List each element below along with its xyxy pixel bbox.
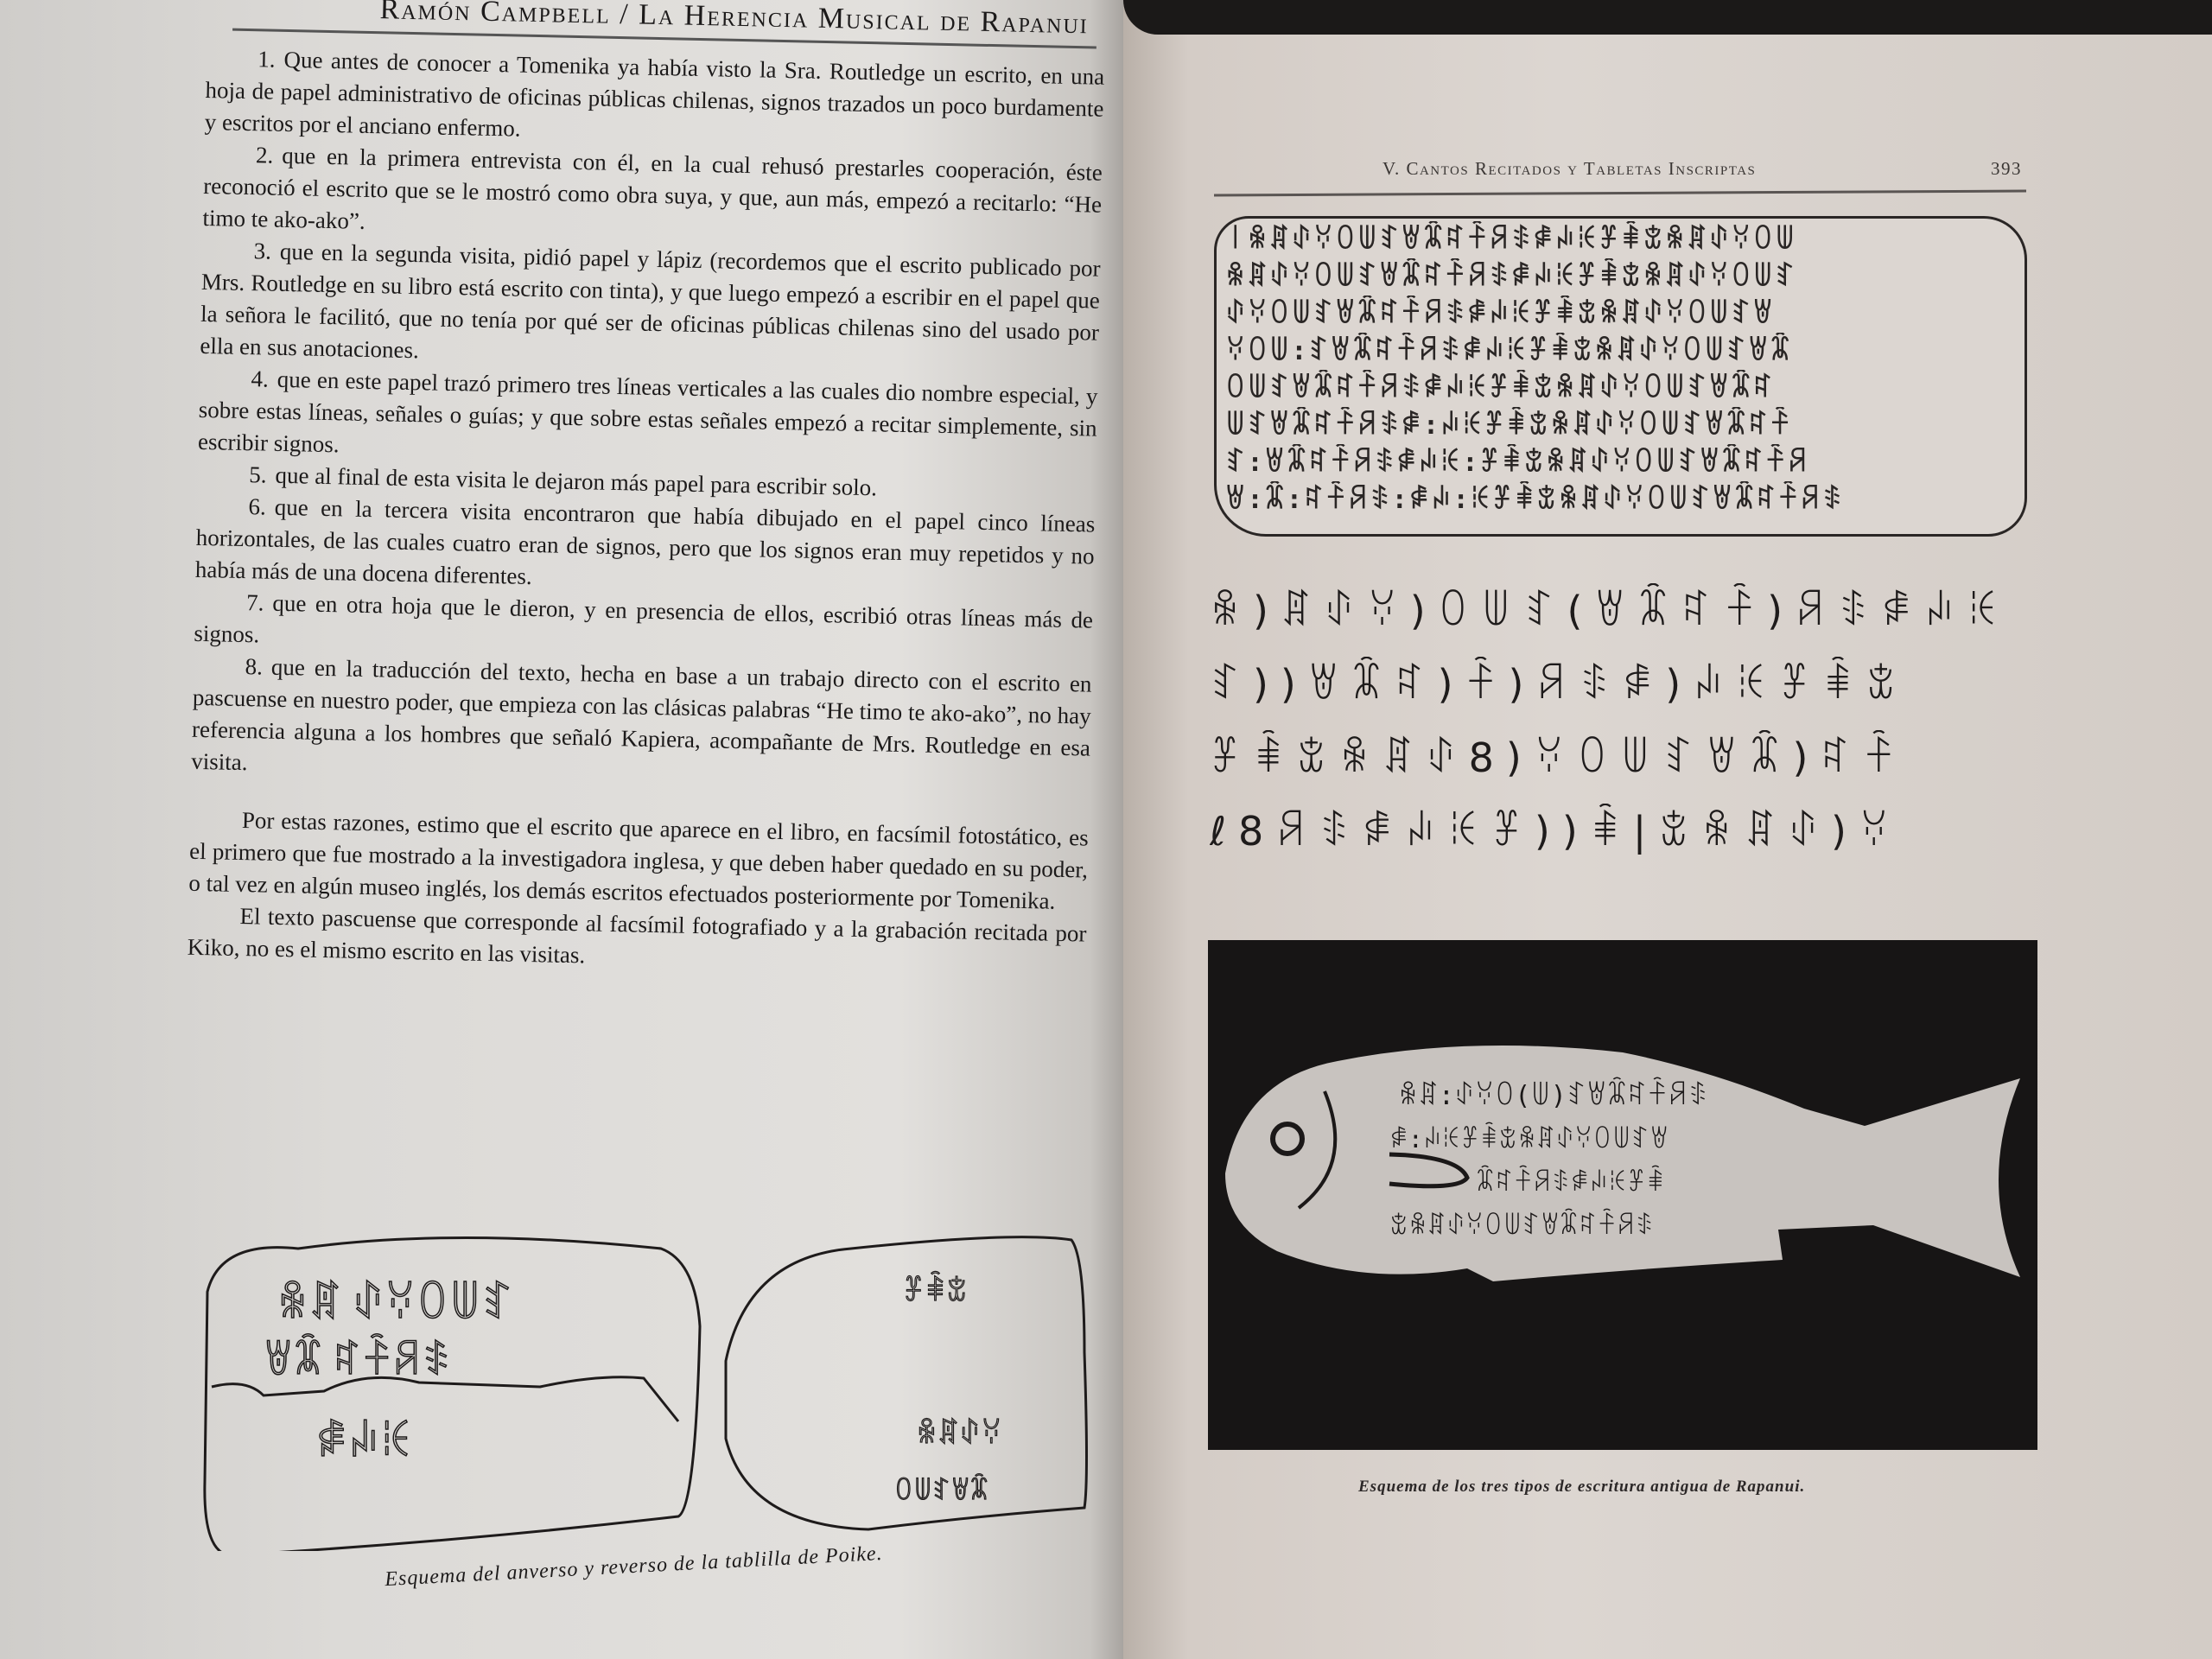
tablet-glyph-row: ꂑꃼꄲꅐꆏꇐꈟꉜꊯꋪꌙꍂꎐꏅꐞꑋꒃꆜꁲꂑꃼꄲꅐꆏꇐ bbox=[1225, 296, 2016, 330]
chapter-title: V. Cantos Recitados y Tabletas Inscripta… bbox=[1382, 158, 1756, 180]
running-head-left: Ramón Campbell / La Herencia Musical de … bbox=[207, 0, 1105, 40]
fish-tablet-photo: ꆜꁲ:ꂑꃼꄲ(ꅐ)ꆏꇐꈟꉜꊯꋪꌙ ꍂ:ꎐꏅꐞꑋꒃꆜꁲꂑꃼꄲꅐꆏꇐ ꈟꉜꊯꋪꌙꍂꎐ… bbox=[1208, 940, 2037, 1450]
list-item-3: 3.que en la segunda visita, pidió papel … bbox=[200, 234, 1101, 381]
tablet-glyph-row: ꅐꆏꇐꈟꉜꊯꋪꌙꍂ:ꎐꏅꐞꑋꒃꆜꁲꂑꃼꄲꅐꆏꇐꈟꉜꊯ bbox=[1225, 407, 2016, 442]
svg-text:ꈟꉜꊯꋪꌙꍂꎐꏅꐞꑋ: ꈟꉜꊯꋪꌙꍂꎐꏅꐞꑋ bbox=[1476, 1165, 1665, 1197]
left-page-text: Ramón Campbell / La Herencia Musical de … bbox=[187, 0, 1105, 982]
fish-image: ꆜꁲ:ꂑꃼꄲ(ꅐ)ꆏꇐꈟꉜꊯꋪꌙ ꍂ:ꎐꏅꐞꑋꒃꆜꁲꂑꃼꄲꅐꆏꇐ ꈟꉜꊯꋪꌙꍂꎐ… bbox=[1208, 940, 2037, 1450]
rongorongo-glyph-sample: ꆜ)ꁲꂑꃼ)ꄲꅐꆏ(ꇐꈟꉜꊯ)ꋪꌙꍂꎐꏅ ꆏ))ꇐꈟꉜ)ꊯ)ꋪꌙꍂ)ꎐꏅꐞꑋꒃ … bbox=[1210, 583, 2031, 877]
svg-text:ꍂ:ꎐꏅꐞꑋꒃꆜꁲꂑꃼꄲꅐꆏꇐ: ꍂ:ꎐꏅꐞꑋꒃꆜꁲꂑꃼꄲꅐꆏꇐ bbox=[1389, 1122, 1669, 1154]
list-item-1: 1.Que antes de conocer a Tomenika ya hab… bbox=[204, 42, 1104, 157]
left-page: Ramón Campbell / La Herencia Musical de … bbox=[0, 0, 1123, 1659]
page-number: 393 bbox=[1991, 158, 2022, 180]
tablet-glyph-row: ꄲꅐꆏꇐꈟꉜꊯꋪꌙꍂꎐꏅꐞꑋꒃꆜꁲꂑꃼꄲꅐꆏꇐꈟꉜ bbox=[1225, 370, 2016, 404]
tablet-glyph-row: ꇐ:ꈟ:ꉜꊯꋪꌙ:ꍂꎐ:ꏅꐞꑋꒃꆜꁲꂑꃼꄲꅐꆏꇐꈟꉜꊯꋪꌙ bbox=[1225, 481, 2016, 516]
svg-text:ꆜꁲꂑꃼ: ꆜꁲꂑꃼ bbox=[916, 1418, 1002, 1449]
svg-text:ꇐꈟ ꉜꊯꋪꌙ: ꇐꈟ ꉜꊯꋪꌙ bbox=[264, 1333, 451, 1382]
glyph-row: ꆜ)ꁲꂑꃼ)ꄲꅐꆏ(ꇐꈟꉜꊯ)ꋪꌙꍂꎐꏅ bbox=[1210, 583, 2031, 657]
svg-text:ꄲꅐꆏꇐꈟ: ꄲꅐꆏꇐꈟ bbox=[894, 1473, 988, 1505]
rongorongo-tablet-drawing: ꒐ꆜꁲꂑꃼꄲꅐꆏꇐꈟꉜꊯꋪꌙꍂꎐꏅꐞꑋꒃꆜꁲꂑꃼꄲꅐ ꆜꁲꂑꃼꄲꅐꆏꇐꈟꉜꊯꋪꌙ… bbox=[1214, 216, 2027, 537]
paragraph-1: Por estas razones, estimo que el escrito… bbox=[188, 804, 1089, 918]
svg-text:ꆜꁲ ꂑꃼꄲꅐꆏ: ꆜꁲ ꂑꃼꄲꅐꆏ bbox=[276, 1280, 514, 1327]
list-item-4: 4.que en este papel trazó primero tres l… bbox=[198, 362, 1098, 477]
poike-tablet-figure: ꆜꁲ ꂑꃼꄲꅐꆏ ꇐꈟ ꉜꊯꋪꌙ ꍂꎐꏅ ꐞꑋꒃ ꆜꁲꂑꃼ ꄲꅐꆏꇐꈟ bbox=[194, 1223, 1110, 1551]
tablet-glyph-row: ꆏ:ꇐꈟꉜꊯꋪꌙꍂꎐꏅ:ꐞꑋꒃꆜꁲꂑꃼꄲꅐꆏꇐꈟꉜꊯꋪ bbox=[1225, 444, 2016, 479]
background-shadow bbox=[1123, 0, 2212, 35]
tablet-crack bbox=[212, 1377, 678, 1421]
list-item-6: 6.que en la tercera visita encontraron q… bbox=[195, 490, 1096, 605]
tablet-glyph-row: ꒐ꆜꁲꂑꃼꄲꅐꆏꇐꈟꉜꊯꋪꌙꍂꎐꏅꐞꑋꒃꆜꁲꂑꃼꄲꅐ bbox=[1225, 221, 2016, 256]
glyph-row: ꐞꑋꒃꆜꁲꂑ8)ꃼꄲꅐꆏꇐꈟ)ꉜꊯ bbox=[1210, 730, 2031, 804]
running-head-right: V. Cantos Recitados y Tabletas Inscripta… bbox=[1382, 158, 2022, 180]
svg-text:ꆜꁲ:ꂑꃼꄲ(ꅐ)ꆏꇐꈟꉜꊯꋪꌙ: ꆜꁲ:ꂑꃼꄲ(ꅐ)ꆏꇐꈟꉜꊯꋪꌙ bbox=[1398, 1077, 1708, 1111]
tablet-glyph-row: ꃼꄲꅐ:ꆏꇐꈟꉜꊯꋪꌙꍂꎐꏅꐞꑋꒃꆜꁲꂑꃼꄲꅐꆏꇐꈟ bbox=[1225, 333, 2016, 367]
svg-text:ꐞꑋꒃ: ꐞꑋꒃ bbox=[903, 1271, 968, 1306]
figure-caption-right: Esquema de los tres tipos de escritura a… bbox=[1358, 1478, 1805, 1497]
list-item-8: 8.que en la traducción del texto, hecha … bbox=[191, 650, 1092, 797]
glyph-row: ℓ8ꋪꌙꍂꎐꏅꐞ))ꑋ|ꒃꆜꁲꂑ)ꃼ bbox=[1210, 804, 2031, 877]
list-item-2: 2.que en la primera entrevista con él, e… bbox=[202, 138, 1103, 253]
svg-text:ꒃꆜꁲꂑꃼꄲꅐꆏꇐꈟꉜꊯꋪꌙ: ꒃꆜꁲꂑꃼꄲꅐꆏꇐꈟꉜꊯꋪꌙ bbox=[1389, 1208, 1654, 1240]
svg-text:ꍂꎐꏅ: ꍂꎐꏅ bbox=[315, 1419, 413, 1465]
glyph-row: ꆏ))ꇐꈟꉜ)ꊯ)ꋪꌙꍂ)ꎐꏅꐞꑋꒃ bbox=[1210, 657, 2031, 730]
tablet-glyph-row: ꆜꁲꂑꃼꄲꅐꆏꇐꈟꉜꊯꋪꌙꍂꎐꏅꐞꑋꒃꆜꁲꂑꃼꄲꅐꆏ bbox=[1225, 258, 2016, 293]
